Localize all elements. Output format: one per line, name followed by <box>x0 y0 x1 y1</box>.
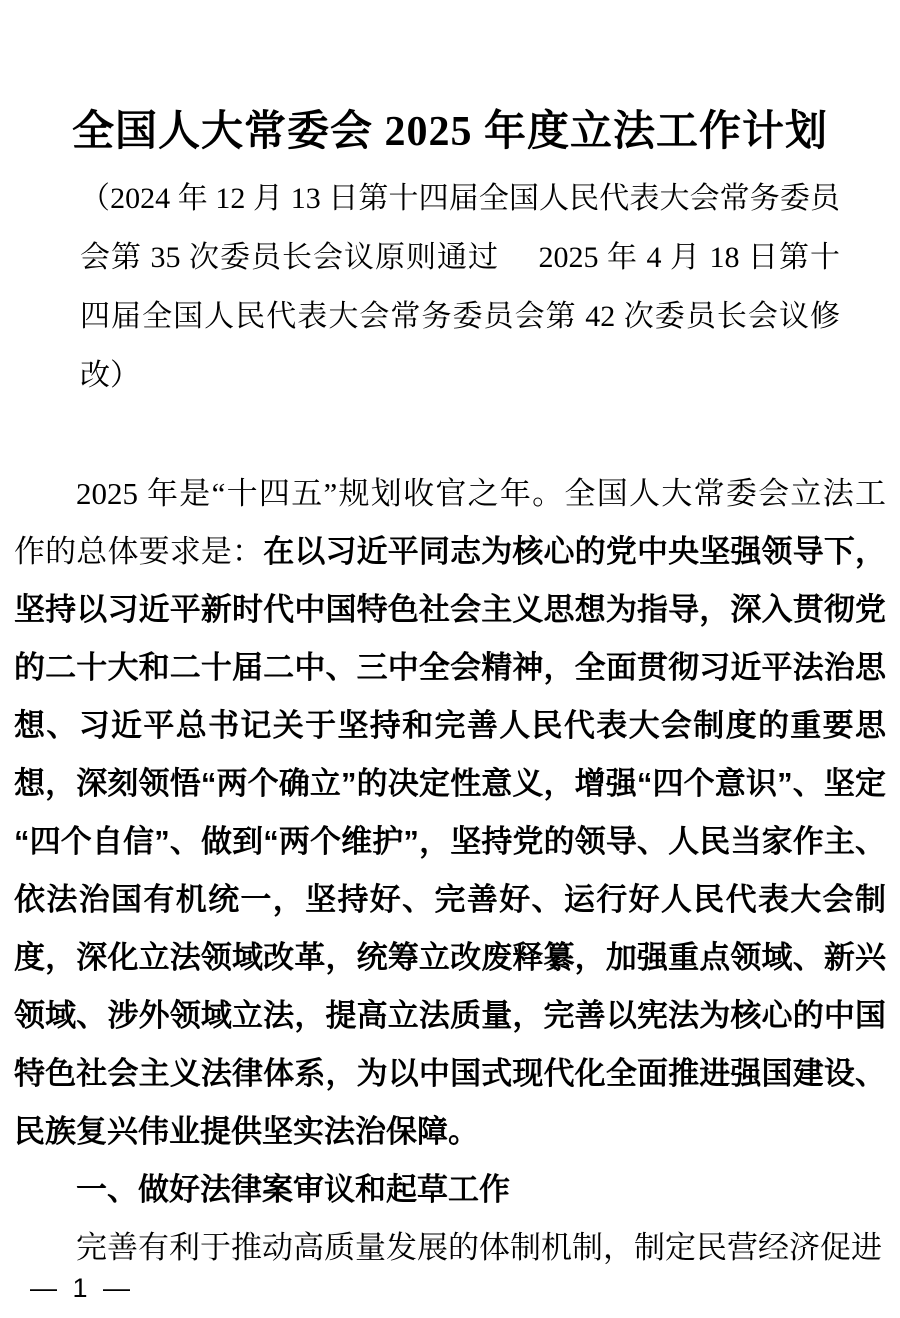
document-subtitle-adoption-note: （2024 年 12 月 13 日第十四届全国人民代表大会常务委员会第 35 次… <box>80 169 840 405</box>
document-page: 全国人大常委会 2025 年度立法工作计划 （2024 年 12 月 13 日第… <box>0 0 900 1318</box>
paragraph-section1-first-line: 完善有利于推动高质量发展的体制机制，制定民营经济促进 <box>14 1219 886 1277</box>
document-body: 2025 年是“十四五”规划收官之年。全国人大常委会立法工作的总体要求是：在以习… <box>14 465 886 1277</box>
page-number: — 1 — <box>30 1273 134 1304</box>
paragraph-emphasis-text: 在以习近平同志为核心的党中央坚强领导下，坚持以习近平新时代中国特色社会主义思想为… <box>14 534 886 1149</box>
document-title: 全国人大常委会 2025 年度立法工作计划 <box>20 104 880 161</box>
section-heading-1: 一、做好法律案审议和起草工作 <box>14 1161 886 1219</box>
paragraph-general-requirements: 2025 年是“十四五”规划收官之年。全国人大常委会立法工作的总体要求是：在以习… <box>14 465 886 1161</box>
